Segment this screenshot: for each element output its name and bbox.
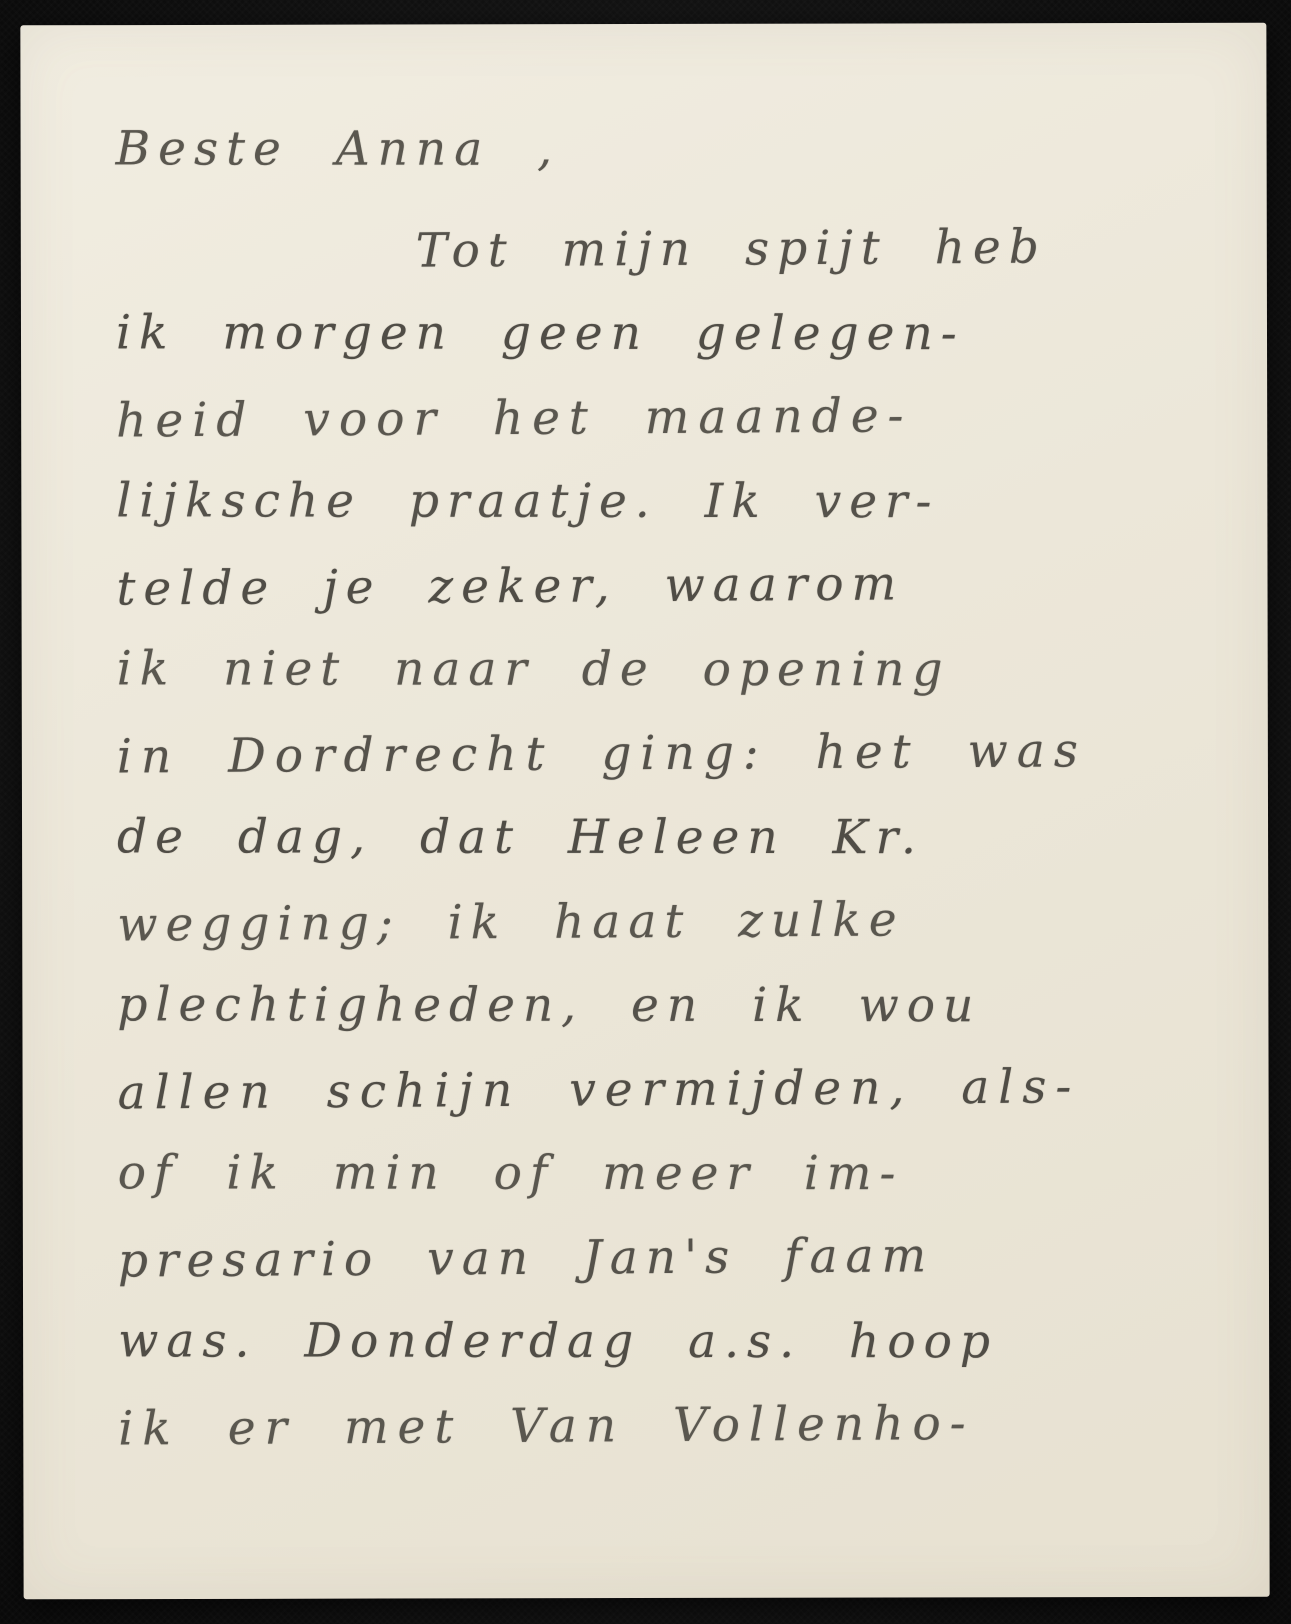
letter-line: heid voor het maande- — [116, 372, 1228, 463]
letter-line: ik er met Van Vollenho- — [118, 1380, 1230, 1471]
letter-body: Beste Anna ,Tot mijn spijt hebik morgen … — [20, 23, 1269, 1600]
letter-line: wegging; ik haat zulke — [117, 876, 1229, 967]
letter-line: Beste Anna , — [116, 107, 1227, 192]
letter-line: of ik min of meer im- — [118, 1131, 1229, 1216]
letter-line: ik niet naar de opening — [117, 627, 1228, 712]
letter-line: de dag, dat Heleen Kr. — [117, 795, 1228, 880]
letter-line: lijksche praatje. Ik ver- — [116, 459, 1227, 544]
letter-line: presario van Jan's faam — [118, 1212, 1230, 1303]
letter-line: telde je zeker, waarom — [116, 540, 1228, 631]
letter-scan: { "letter": { "lines": [ { "text": "Best… — [0, 0, 1291, 1624]
letter-paper: Beste Anna ,Tot mijn spijt hebik morgen … — [20, 23, 1269, 1600]
photo-backdrop: Beste Anna ,Tot mijn spijt hebik morgen … — [0, 0, 1291, 1624]
letter-line: allen schijn vermijden, als- — [117, 1044, 1229, 1135]
letter-line: ik morgen geen gelegen- — [116, 291, 1227, 376]
letter-line: Tot mijn spijt heb — [116, 204, 1228, 295]
letter-line: was. Donderdag a.s. hoop — [118, 1299, 1229, 1384]
letter-line: in Dordrecht ging: het was — [117, 708, 1229, 799]
letter-line: plechtigheden, en ik wou — [117, 963, 1228, 1048]
